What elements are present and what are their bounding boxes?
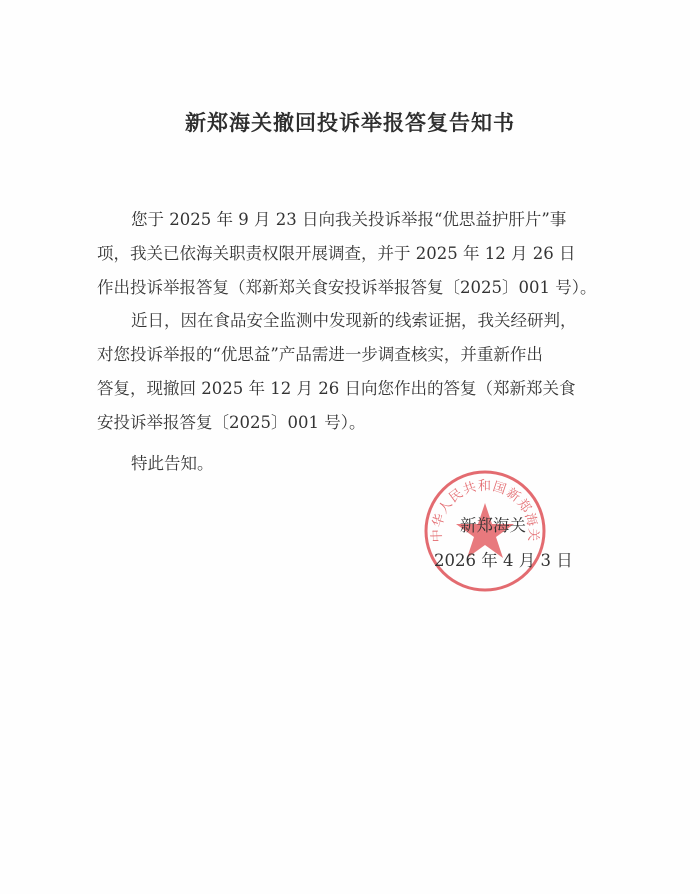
paragraph-line: 答复，现撤回 2025 年 12 月 26 日向您作出的答复（郑新郑关食 (97, 372, 617, 406)
paragraph-line: 作出投诉举报答复（郑新郑关食安投诉举报答复〔2025〕001 号）。 (97, 271, 617, 305)
paragraph-line: 近日，因在食品安全监测中发现新的线索证据，我关经研判， (97, 304, 617, 338)
paragraph-1: 您于 2025 年 9 月 23 日向我关投诉举报“优思益护肝片”事 项，我关已… (97, 203, 617, 305)
paragraph-2: 近日，因在食品安全监测中发现新的线索证据，我关经研判， 对您投诉举报的“优思益”… (97, 304, 617, 440)
document-page: 新郑海关撤回投诉举报答复告知书 您于 2025 年 9 月 23 日向我关投诉举… (0, 0, 700, 894)
signature-organization: 新郑海关 (460, 512, 526, 536)
paragraph-line: 安投诉举报答复〔2025〕001 号）。 (97, 406, 617, 440)
signature-date: 2026 年 4 月 3 日 (434, 547, 573, 571)
paragraph-line: 您于 2025 年 9 月 23 日向我关投诉举报“优思益护肝片”事 (97, 203, 617, 237)
paragraph-line: 项，我关已依海关职责权限开展调查，并于 2025 年 12 月 26 日 (97, 237, 617, 271)
paragraph-line: 对您投诉举报的“优思益”产品需进一步调查核实，并重新作出 (97, 338, 617, 372)
document-title: 新郑海关撤回投诉举报答复告知书 (0, 107, 700, 137)
